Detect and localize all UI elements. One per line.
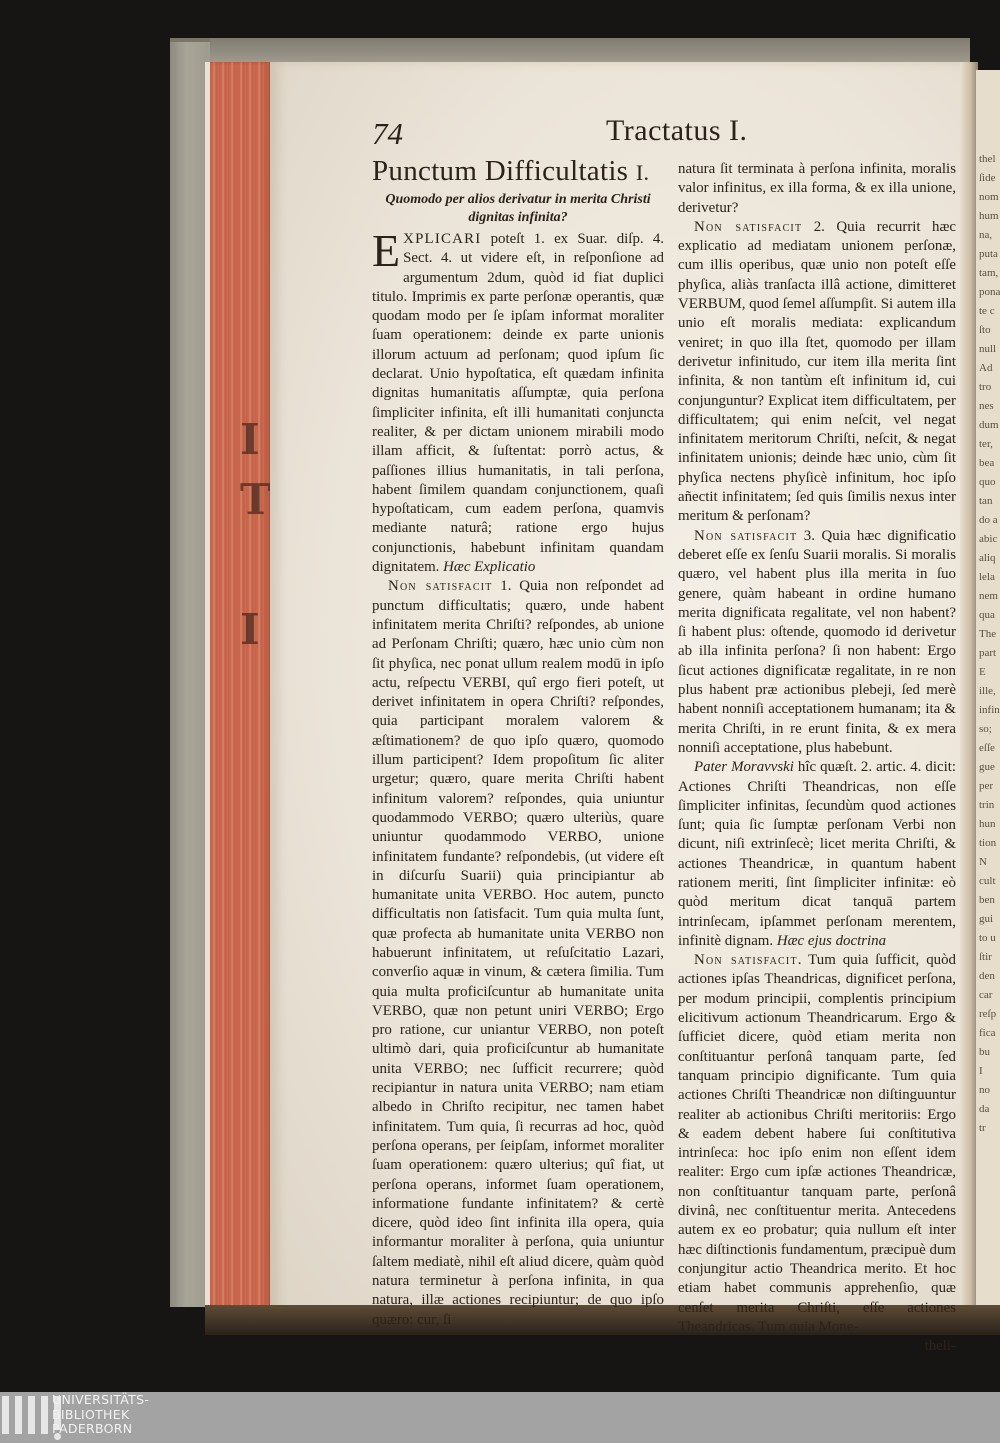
page-number: 74 — [372, 116, 403, 152]
facing-page-fragment: nem — [979, 587, 1000, 606]
facing-page-fragment: dum — [979, 416, 1000, 435]
paragraph: Non satisfacit 1. Quia non reſpondet ad … — [372, 577, 664, 1330]
facing-page-fragment: I — [979, 1062, 1000, 1081]
library-name: UNIVERSITÄTS- BIBLIOTHEK PADERBORN — [52, 1393, 149, 1437]
facing-page-fragment: da — [979, 1100, 1000, 1119]
paragraph-text: poteſt 1. ex Suar. diſp. 4. Sect. 4. ut … — [372, 231, 664, 575]
facing-page-fragment: ben — [979, 891, 1000, 910]
italic-lead: Pater Moravvski — [694, 759, 794, 775]
facing-page-fragment: quo — [979, 473, 1000, 492]
library-name-line: PADERBORN — [52, 1422, 149, 1437]
section-question: Quomodo per alios derivatur in merita Ch… — [372, 191, 664, 227]
section-title: Punctum Difficultatis I. — [372, 155, 664, 189]
facing-page-fragment: tion — [979, 834, 1000, 853]
facing-page-fragment: ſide — [979, 169, 1000, 188]
facing-page-fragment: den — [979, 967, 1000, 986]
drop-cap: E — [372, 232, 400, 270]
facing-page-fragment: car — [979, 986, 1000, 1005]
italic-trail: Hæc Explicatio — [439, 559, 535, 575]
small-caps-lead: Non satisfacit — [694, 219, 802, 235]
right-column: natura ſit terminata à perſona infinita,… — [678, 160, 956, 1356]
paragraph: Non satisfacit 3. Quia hæc dignificatio … — [678, 527, 956, 759]
facing-page-fragment: to u — [979, 929, 1000, 948]
facing-page-fragment: The — [979, 625, 1000, 644]
library-logo-bar: UNIVERSITÄTS- BIBLIOTHEK PADERBORN — [0, 1392, 1000, 1443]
facing-page-fragment: ſto — [979, 321, 1000, 340]
facing-page-fragment: bu — [979, 1043, 1000, 1062]
facing-page-text: thelſidenomhumna,putatam,ponate cſtonull… — [976, 70, 1000, 1138]
facing-page-fragment: N — [979, 853, 1000, 872]
running-head: Tractatus I. — [606, 114, 748, 148]
library-name-line: UNIVERSITÄTS- — [52, 1393, 149, 1408]
facing-page-fragment: ter, — [979, 435, 1000, 454]
facing-page-fragment: gui — [979, 910, 1000, 929]
facing-page-fragment: Ad — [979, 359, 1000, 378]
facing-page-fragment: fica — [979, 1024, 1000, 1043]
facing-page-fragment: part — [979, 644, 1000, 663]
facing-page-fragment: E — [979, 663, 1000, 682]
paragraph-text: Tum quia ſufficit, quòd actiones ipſas T… — [678, 952, 956, 1335]
facing-page-fragment: abic — [979, 530, 1000, 549]
facing-page-fragment: ſtir — [979, 948, 1000, 967]
lead-number: 2. — [802, 219, 825, 235]
facing-page-fragment: infin — [979, 701, 1000, 720]
facing-page-fragment: na, — [979, 226, 1000, 245]
left-column: Punctum Difficultatis I. Quomodo per ali… — [372, 155, 664, 1330]
paragraph: Non satisfacit. Tum quia ſufficit, quòd … — [678, 951, 956, 1337]
facing-page-fragment: ille, — [979, 682, 1000, 701]
paragraph-text: Quia hæc dignificatio deberet eſſe ex ſe… — [678, 528, 956, 756]
facing-page-fragment: do a — [979, 511, 1000, 530]
facing-page-fragment: null — [979, 340, 1000, 359]
small-caps-lead: Non satisfacit — [694, 528, 797, 544]
facing-page-fragment: gue — [979, 758, 1000, 777]
book-cover-left — [170, 38, 210, 1307]
facing-page-fragment: tro — [979, 378, 1000, 397]
red-fore-edge — [210, 62, 270, 1320]
facing-page-fragment: thel — [979, 150, 1000, 169]
facing-page-fragment: reſp — [979, 1005, 1000, 1024]
facing-page-fragment: so; — [979, 720, 1000, 739]
section-number: I. — [636, 160, 649, 185]
facing-page-fragment: puta — [979, 245, 1000, 264]
small-caps-lead: XPLICARI — [403, 231, 481, 247]
library-name-line: BIBLIOTHEK — [52, 1408, 149, 1423]
book-scan: I TH I thelſidenomhumna,putatam,ponate c… — [0, 0, 1000, 1443]
facing-page-fragment: tan — [979, 492, 1000, 511]
facing-page-sliver: thelſidenomhumna,putatam,ponate cſtonull… — [976, 70, 1000, 1310]
lead-number: 1. — [493, 578, 512, 594]
small-caps-lead: Non satisfacit — [388, 578, 493, 594]
paragraph-text: Quia recurrit hæc explicatio ad mediatam… — [678, 219, 956, 524]
paragraph-text: natura ſit terminata à perſona infinita,… — [678, 161, 956, 216]
paragraph: natura ſit terminata à perſona infinita,… — [678, 160, 956, 218]
paragraph-text: hîc quæſt. 2. artic. 4. dicit: Actiones … — [678, 759, 956, 949]
facing-page-fragment: aliq — [979, 549, 1000, 568]
lead-number: 3. — [797, 528, 815, 544]
facing-page-fragment: nes — [979, 397, 1000, 416]
catchword: theli- — [678, 1337, 956, 1356]
facing-page-fragment: trin — [979, 796, 1000, 815]
facing-page-fragment: bea — [979, 454, 1000, 473]
facing-page-fragment: per — [979, 777, 1000, 796]
facing-page-fragment: no — [979, 1081, 1000, 1100]
facing-page-fragment: hum — [979, 207, 1000, 226]
page-header: 74 Tractatus I. — [372, 116, 772, 152]
facing-page-fragment: qua — [979, 606, 1000, 625]
facing-page-fragment: nom — [979, 188, 1000, 207]
paragraph: Pater Moravvski hîc quæſt. 2. artic. 4. … — [678, 758, 956, 951]
section-title-text: Punctum Difficultatis — [372, 155, 628, 187]
facing-page-fragment: pona — [979, 283, 1000, 302]
facing-page-fragment: te c — [979, 302, 1000, 321]
facing-page-fragment: hun — [979, 815, 1000, 834]
paragraph-text: Quia non reſpondet ad punctum difficulta… — [372, 578, 664, 1327]
facing-page-fragment: lela — [979, 568, 1000, 587]
book-cover-top — [170, 38, 970, 64]
paragraph: EXPLICARI poteſt 1. ex Suar. diſp. 4. Se… — [372, 230, 664, 577]
italic-trail: Hæc ejus doctrina — [773, 933, 886, 949]
facing-page-fragment: eſſe — [979, 739, 1000, 758]
facing-page-fragment: cult — [979, 872, 1000, 891]
small-caps-lead: Non satisfacit — [694, 952, 798, 968]
paragraph: Non satisfacit 2. Quia recurrit hæc expl… — [678, 218, 956, 527]
facing-page-fragment: tr — [979, 1119, 1000, 1138]
facing-page-fragment: tam, — [979, 264, 1000, 283]
